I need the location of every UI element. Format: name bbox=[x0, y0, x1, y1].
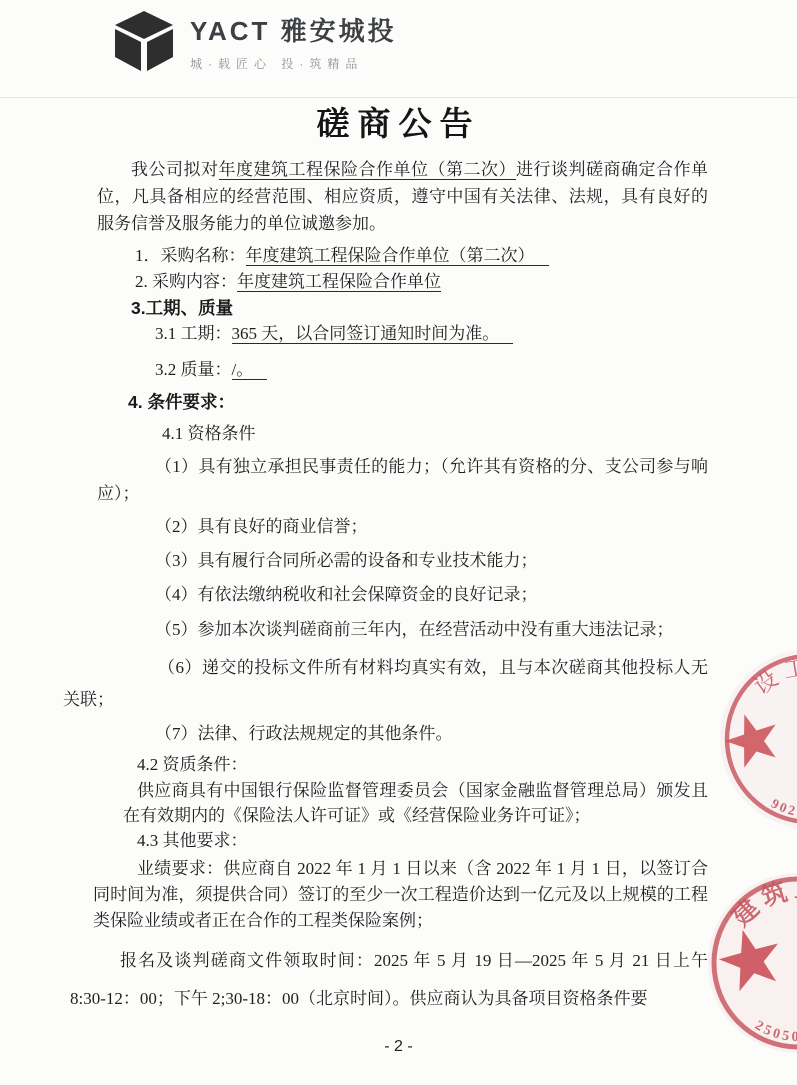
performance-requirement-paragraph: 业绩要求：供应商自 2022 年 1 月 1 日以来（含 2022 年 1 月 … bbox=[93, 856, 708, 934]
brand-tagline: 城·载匠心 投·筑精品 bbox=[190, 55, 397, 72]
item-1-procurement-name: 1．采购名称：年度建筑工程保险合作单位（第二次） bbox=[135, 243, 708, 269]
item-2-value: 年度建筑工程保险合作单位 bbox=[237, 272, 441, 292]
red-seal-upper: 设工程 9025027421 bbox=[698, 627, 797, 842]
condition-5: （5）参加本次谈判磋商前三年内，在经营活动中没有重大违法记录； bbox=[97, 616, 708, 643]
condition-3: （3）具有履行合同所必需的设备和专业技术能力； bbox=[97, 547, 708, 574]
company-logo: YACT 雅安城投 城·载匠心 投·筑精品 bbox=[112, 10, 397, 72]
condition-6: （6）递交的投标文件所有材料均真实有效，且与本次磋商其他投标人无关联； bbox=[63, 652, 708, 716]
condition-2: （2）具有良好的商业信誉； bbox=[97, 513, 708, 540]
intro-lead: 我公司拟对 bbox=[131, 160, 219, 179]
condition-7: （7）法律、行政法规规定的其他条件。 bbox=[97, 720, 708, 747]
item-2-label: 2. 采购内容： bbox=[135, 272, 237, 291]
scanned-document-page: { "header": { "brand": "YACT 雅安城投", "tag… bbox=[0, 0, 797, 1085]
page-title: 磋商公告 bbox=[0, 98, 797, 145]
item-3-2-label: 3.2 质量： bbox=[155, 360, 232, 379]
item-3-1-value: 365 天，以合同签订通知时间为准。 bbox=[232, 324, 514, 344]
qualification-paragraph: 供应商具有中国银行保险监督管理委员会（国家金融监督管理总局）颁发且在有效期内的《… bbox=[123, 778, 708, 828]
brand-name: YACT 雅安城投 bbox=[190, 11, 397, 48]
item-4-3-heading: 4.3 其他要求： bbox=[137, 828, 708, 854]
document-body: 我公司拟对年度建筑工程保险合作单位（第二次）进行谈判磋商确定合作单位，凡具备相应… bbox=[63, 156, 708, 1018]
signup-time-paragraph: 报名及谈判磋商文件领取时间：2025 年 5 月 19 日—2025 年 5 月… bbox=[70, 942, 708, 1018]
item-3-2-value: /。 bbox=[232, 360, 268, 380]
item-1-label: 1．采购名称： bbox=[135, 246, 246, 265]
logo-text-block: YACT 雅安城投 城·载匠心 投·筑精品 bbox=[190, 11, 397, 72]
item-3-1-label: 3.1 工期： bbox=[155, 324, 232, 343]
condition-4: （4）有依法缴纳税收和社会保障资金的良好记录； bbox=[97, 581, 708, 608]
item-3-1-duration: 3.1 工期：365 天，以合同签订通知时间为准。 bbox=[155, 321, 708, 347]
condition-1: （1）具有独立承担民事责任的能力；（允许其有资格的分、支公司参与响应）； bbox=[97, 453, 708, 507]
item-1-value: 年度建筑工程保险合作单位（第二次） bbox=[246, 246, 549, 266]
intro-underlined-value: 年度建筑工程保险合作单位（第二次） bbox=[219, 160, 517, 180]
item-4-1-heading: 4.1 资格条件 bbox=[162, 421, 708, 447]
page-number: - 2 - bbox=[0, 1038, 797, 1056]
item-3-heading: 3.工期、质量 bbox=[131, 295, 708, 321]
item-4-heading: 4. 条件要求： bbox=[128, 389, 708, 415]
item-2-procurement-content: 2. 采购内容：年度建筑工程保险合作单位 bbox=[135, 269, 708, 295]
item-4-2-heading: 4.2 资质条件： bbox=[137, 752, 708, 778]
intro-paragraph: 我公司拟对年度建筑工程保险合作单位（第二次）进行谈判磋商确定合作单位，凡具备相应… bbox=[97, 156, 708, 237]
cube-logo-icon bbox=[112, 10, 176, 72]
item-3-2-quality: 3.2 质量：/。 bbox=[155, 357, 708, 383]
